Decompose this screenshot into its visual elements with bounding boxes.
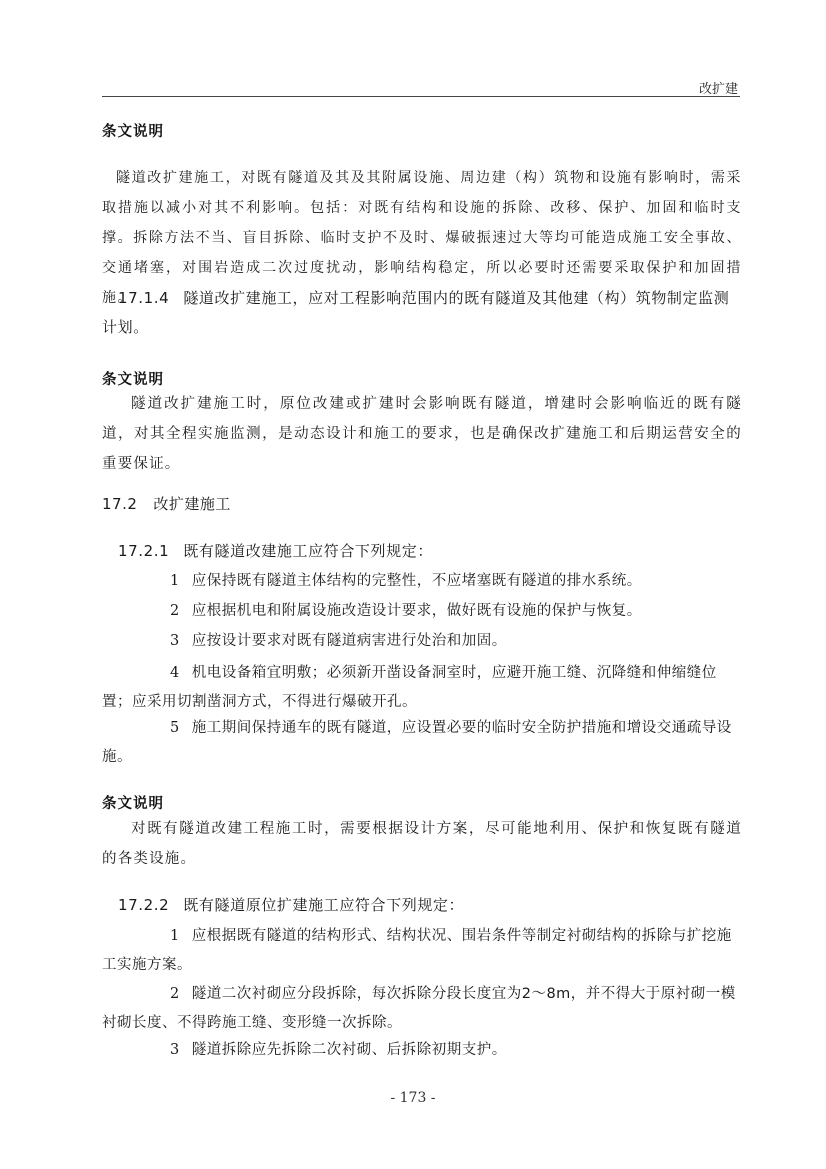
- note-title: 条文说明: [102, 120, 742, 141]
- item-text: 应保持既有隧道主体结构的完整性，不应堵塞既有隧道的排水系统。: [192, 573, 642, 589]
- section-title: 改扩建施工: [153, 495, 231, 513]
- item-number: 3: [136, 1036, 180, 1065]
- clause-text: 既有隧道改建施工应符合下列规定：: [183, 542, 433, 560]
- note-paragraph: 对既有隧道改建工程施工时，需要根据设计方案，尽可能地利用、保护和恢复既有隧道的各…: [102, 814, 742, 874]
- clause-text: 既有隧道原位扩建施工应符合下列规定：: [183, 896, 464, 914]
- running-header-title: 改扩建: [699, 78, 738, 97]
- clause-number: 17.2.2: [118, 896, 169, 914]
- note-title: 条文说明: [102, 792, 742, 813]
- item-text: 隧道拆除应先拆除二次衬砌、后拆除初期支护。: [192, 1042, 507, 1058]
- clause-17-1-4: 17.1.4隧道改扩建施工，应对工程影响范围内的既有隧道及其他建（构）筑物制定监…: [102, 284, 742, 342]
- item-text: 应按设计要求对既有隧道病害进行处治和加固。: [192, 633, 507, 649]
- item-number: 2: [136, 597, 180, 626]
- item-number: 2: [136, 980, 180, 1009]
- item-text: 应根据既有隧道的结构形式、结构状况、围岩条件等制定衬砌结构的拆除与扩挖施工实施方…: [102, 928, 732, 973]
- clause-text: 隧道改扩建施工，应对工程影响范围内的既有隧道及其他建（构）筑物制定监测计划。: [102, 289, 729, 336]
- clause-number: 17.1.4: [118, 289, 169, 307]
- item-number: 1: [136, 567, 180, 596]
- list-item: 1应根据既有隧道的结构形式、结构状况、围岩条件等制定衬砌结构的拆除与扩挖施工实施…: [102, 922, 742, 980]
- section-heading: 17.2改扩建施工: [102, 493, 742, 514]
- section-number: 17.2: [102, 495, 137, 513]
- list-item: 4机电设备箱宜明敷；必须新开凿设备洞室时，应避开施工缝、沉降缝和伸缩缝位置；应采…: [102, 659, 742, 717]
- list-item: 3应按设计要求对既有隧道病害进行处治和加固。: [102, 627, 742, 656]
- item-number: 5: [136, 714, 180, 743]
- list-item: 2隧道二次衬砌应分段拆除，每次拆除分段长度宜为2～8m，并不得大于原衬砌一模衬砌…: [102, 980, 742, 1038]
- item-number: 4: [136, 659, 180, 688]
- item-text: 应根据机电和附属设施改造设计要求，做好既有设施的保护与恢复。: [192, 603, 642, 619]
- clause-number: 17.2.1: [118, 542, 169, 560]
- header-divider: [102, 96, 740, 97]
- clause-17-2-2: 17.2.2既有隧道原位扩建施工应符合下列规定：: [102, 891, 742, 920]
- item-text: 机电设备箱宜明敷；必须新开凿设备洞室时，应避开施工缝、沉降缝和伸缩缝位置；应采用…: [102, 665, 717, 710]
- list-item: 1应保持既有隧道主体结构的完整性，不应堵塞既有隧道的排水系统。: [102, 567, 742, 596]
- list-item: 5施工期间保持通车的既有隧道，应设置必要的临时安全防护措施和增设交通疏导设施。: [102, 714, 742, 772]
- list-item: 2应根据机电和附属设施改造设计要求，做好既有设施的保护与恢复。: [102, 597, 742, 626]
- item-number: 3: [136, 627, 180, 656]
- item-text: 施工期间保持通车的既有隧道，应设置必要的临时安全防护措施和增设交通疏导设施。: [102, 720, 732, 765]
- item-text: 隧道二次衬砌应分段拆除，每次拆除分段长度宜为2～8m，并不得大于原衬砌一模衬砌长…: [102, 986, 736, 1031]
- list-item: 3隧道拆除应先拆除二次衬砌、后拆除初期支护。: [102, 1036, 742, 1065]
- note-paragraph: 隧道改扩建施工时，原位改建或扩建时会影响既有隧道，增建时会影响临近的既有隧道，对…: [102, 389, 742, 479]
- note-title: 条文说明: [102, 368, 742, 389]
- clause-17-2-1: 17.2.1既有隧道改建施工应符合下列规定：: [102, 537, 742, 566]
- page-number: - 173 -: [0, 1090, 826, 1106]
- item-number: 1: [136, 922, 180, 951]
